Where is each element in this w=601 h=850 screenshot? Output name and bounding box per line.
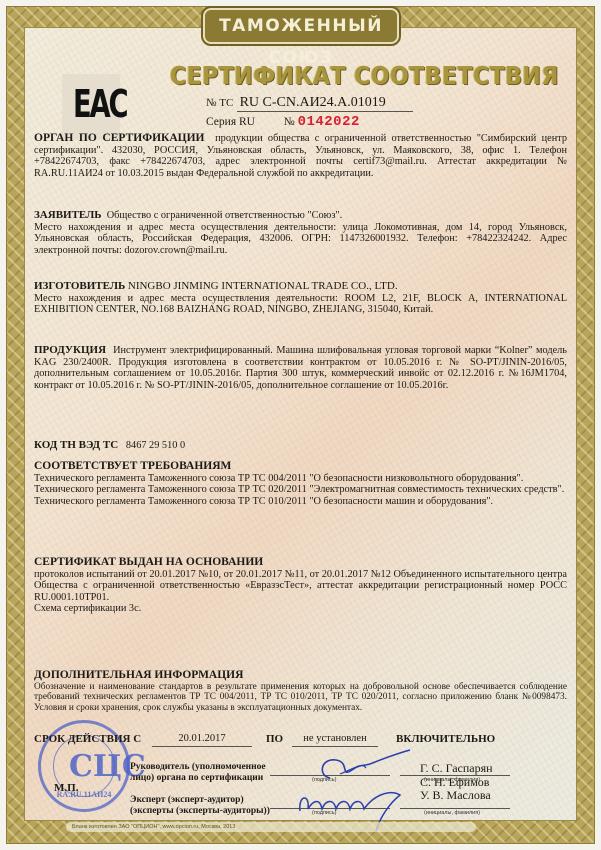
manufacturer-section: ИЗГОТОВИТЕЛЬ NINGBO JINMING INTERNATIONA… [34, 281, 567, 316]
validity-from-label: СРОК ДЕЙСТВИЯ С [34, 733, 141, 745]
expert-signature-line [270, 808, 390, 809]
head-name: Г. С. Гаспарян [420, 762, 493, 775]
basis-text: протоколов испытаний от 20.01.2017 №10, … [34, 569, 567, 604]
head-signature-caption: (подпись) [312, 777, 336, 783]
applicant-name: Общество с ограниченной ответственностью… [107, 210, 342, 221]
certification-scheme: Схема сертификации 3с. [34, 603, 567, 615]
certification-body-heading: ОРГАН ПО СЕРТИФИКАЦИИ [34, 132, 205, 144]
validity-row: СРОК ДЕЙСТВИЯ С 20.01.2017 ПО не установ… [34, 733, 567, 749]
registration-number-label: № ТС [206, 97, 233, 109]
applicant-address: Место нахождения и адрес места осуществл… [34, 222, 567, 256]
expert-name: С. Н. Ефимов [420, 776, 489, 789]
hs-code-value: 8467 29 510 0 [126, 440, 185, 451]
expert-signatory-label: Эксперт (эксперт-аудитор) (эксперты (экс… [130, 795, 270, 817]
printer-imprint: Бланк изготовлен ЗАО "ОПЦИОН", www.opcio… [66, 822, 476, 832]
eac-logo-icon: ЕАС [73, 82, 126, 126]
manufacturer-heading: ИЗГОТОВИТЕЛЬ [34, 280, 125, 292]
basis-section: СЕРТИФИКАТ ВЫДАН НА ОСНОВАНИИ протоколов… [34, 557, 567, 615]
customs-union-banner: ТАМОЖЕННЫЙ СОЮЗ [203, 8, 399, 44]
head-signature-line [270, 775, 390, 776]
manufacturer-address: Место нахождения и адрес места осуществл… [34, 293, 567, 316]
hs-code-heading: КОД ТН ВЭД ТС [34, 439, 118, 451]
product-heading: ПРОДУКЦИЯ [34, 344, 106, 356]
basis-heading: СЕРТИФИКАТ ВЫДАН НА ОСНОВАНИИ [34, 557, 567, 569]
applicant-heading: ЗАЯВИТЕЛЬ [34, 209, 102, 221]
expert-name: У. В. Маслова [420, 789, 491, 802]
product-section: ПРОДУКЦИЯ Инструмент электрифицированный… [34, 345, 567, 391]
validity-from-date: 20.01.2017 [152, 733, 252, 747]
validity-to-date: не установлен [292, 733, 378, 747]
validity-to-label: ПО [266, 733, 283, 745]
additional-info-section: ДОПОЛНИТЕЛЬНАЯ ИНФОРМАЦИЯ Обозначение и … [34, 670, 567, 713]
product-text: Инструмент электрифицированный. Машина ш… [34, 345, 567, 391]
validity-inclusive-label: ВКЛЮЧИТЕЛЬНО [396, 733, 495, 745]
requirements-section: СООТВЕТСТВУЕТ ТРЕБОВАНИЯМ Технического р… [34, 461, 567, 507]
requirement-item: Технического регламента Таможенного союз… [34, 484, 567, 496]
expert-signature-caption: (подпись) [312, 810, 336, 816]
requirement-item: Технического регламента Таможенного союз… [34, 496, 567, 508]
requirements-heading: СООТВЕТСТВУЕТ ТРЕБОВАНИЯМ [34, 461, 567, 473]
additional-info-heading: ДОПОЛНИТЕЛЬНАЯ ИНФОРМАЦИЯ [34, 670, 567, 681]
expert-name-caption: (инициалы, фамилия) [424, 810, 480, 816]
expert-name-line [400, 808, 510, 809]
seal-label: М.П. [54, 782, 78, 794]
additional-info-text: Обозначение и наименование стандартов в … [34, 682, 567, 714]
registration-number: RU C-CN.АИ24.А.01019 [237, 95, 413, 112]
head-signatory-label: Руководитель (уполномоченное лицо) орган… [130, 762, 270, 784]
series-label: Серия RU [206, 116, 255, 128]
requirement-item: Технического регламента Таможенного союз… [34, 473, 567, 485]
serial-number: 0142022 [298, 114, 360, 130]
number-label: № [284, 116, 295, 128]
certification-body-section: ОРГАН ПО СЕРТИФИКАЦИИ продукции общества… [34, 133, 567, 179]
applicant-section: ЗАЯВИТЕЛЬ Общество с ограниченной ответс… [34, 210, 567, 256]
series-row: Серия RU № 0142022 [206, 114, 360, 130]
hs-code-section: КОД ТН ВЭД ТС 8467 29 510 0 [34, 440, 567, 452]
registration-number-row: № ТС RU C-CN.АИ24.А.01019 [206, 94, 413, 112]
manufacturer-name: NINGBO JINMING INTERNATIONAL TRADE CO., … [128, 280, 398, 292]
